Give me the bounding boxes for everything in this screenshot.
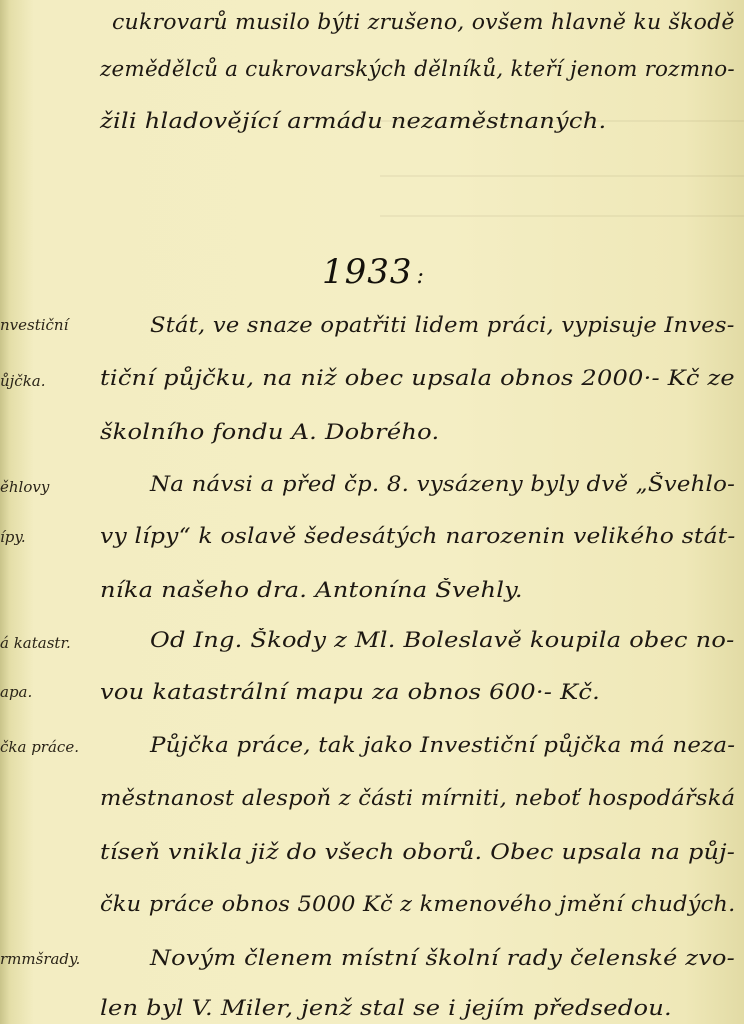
margin-note-pujcka: ůjčka. [0,372,46,390]
paragraph-1-line-2: tiční půjčku, na niž obec upsala obnos 2… [100,366,735,390]
bleed-through-line [380,175,744,177]
year-heading: 1933: [322,252,425,292]
intro-line-3: žili hladovějící armádu nezaměstnaných. [100,109,606,133]
paragraph-3-line-1: Od Ing. Škody z Ml. Boleslavě koupila ob… [150,628,735,652]
paragraph-4-line-1: Půjčka práce, tak jako Investiční půjčka… [150,733,735,757]
intro-line-1: cukrovarů musilo býti zrušeno, ovšem hla… [112,10,735,34]
year-colon: : [417,264,425,289]
margin-note-pujcka-prace: čka práce. [0,738,79,756]
paragraph-5-line-1: Novým členem místní školní rady čelenské… [150,946,735,970]
chronicle-page: cukrovarů musilo býti zrušeno, ovšem hla… [0,0,744,1024]
margin-note-lipy: ípy. [0,528,26,546]
intro-line-2: zemědělců a cukrovarských dělníků, kteří… [100,57,735,81]
margin-note-mapa: apa. [0,683,32,701]
paragraph-1-line-1: Stát, ve snaze opatřiti lidem práci, vyp… [150,313,735,337]
bleed-through-line [380,215,744,217]
paragraph-4-line-2: městnanost alespoň z části mírniti, nebo… [100,786,735,810]
paragraph-2-line-3: níka našeho dra. Antonína Švehly. [100,578,523,602]
margin-note-investicni: nvestiční [0,316,68,334]
margin-note-katastr: á katastr. [0,634,71,652]
paragraph-4-line-4: čku práce obnos 5000 Kč z kmenového jměn… [100,892,736,916]
margin-note-skolni-rada: rmmšrady. [0,950,80,968]
paragraph-1-line-3: školního fondu A. Dobrého. [100,420,439,444]
paragraph-2-line-2: vy lípy“ k oslavě šedesátých narozenin v… [100,524,736,548]
paragraph-5-line-2: len byl V. Miler, jenž stal se i jejím p… [100,996,672,1020]
margin-note-svehlovy: ěhlovy [0,478,49,496]
paragraph-2-line-1: Na návsi a před čp. 8. vysázeny byly dvě… [150,472,735,496]
paragraph-4-line-3: tíseň vnikla již do všech oborů. Obec up… [100,840,735,864]
year-value: 1933 [322,252,413,292]
paragraph-3-line-2: vou katastrální mapu za obnos 600·- Kč. [100,680,600,704]
